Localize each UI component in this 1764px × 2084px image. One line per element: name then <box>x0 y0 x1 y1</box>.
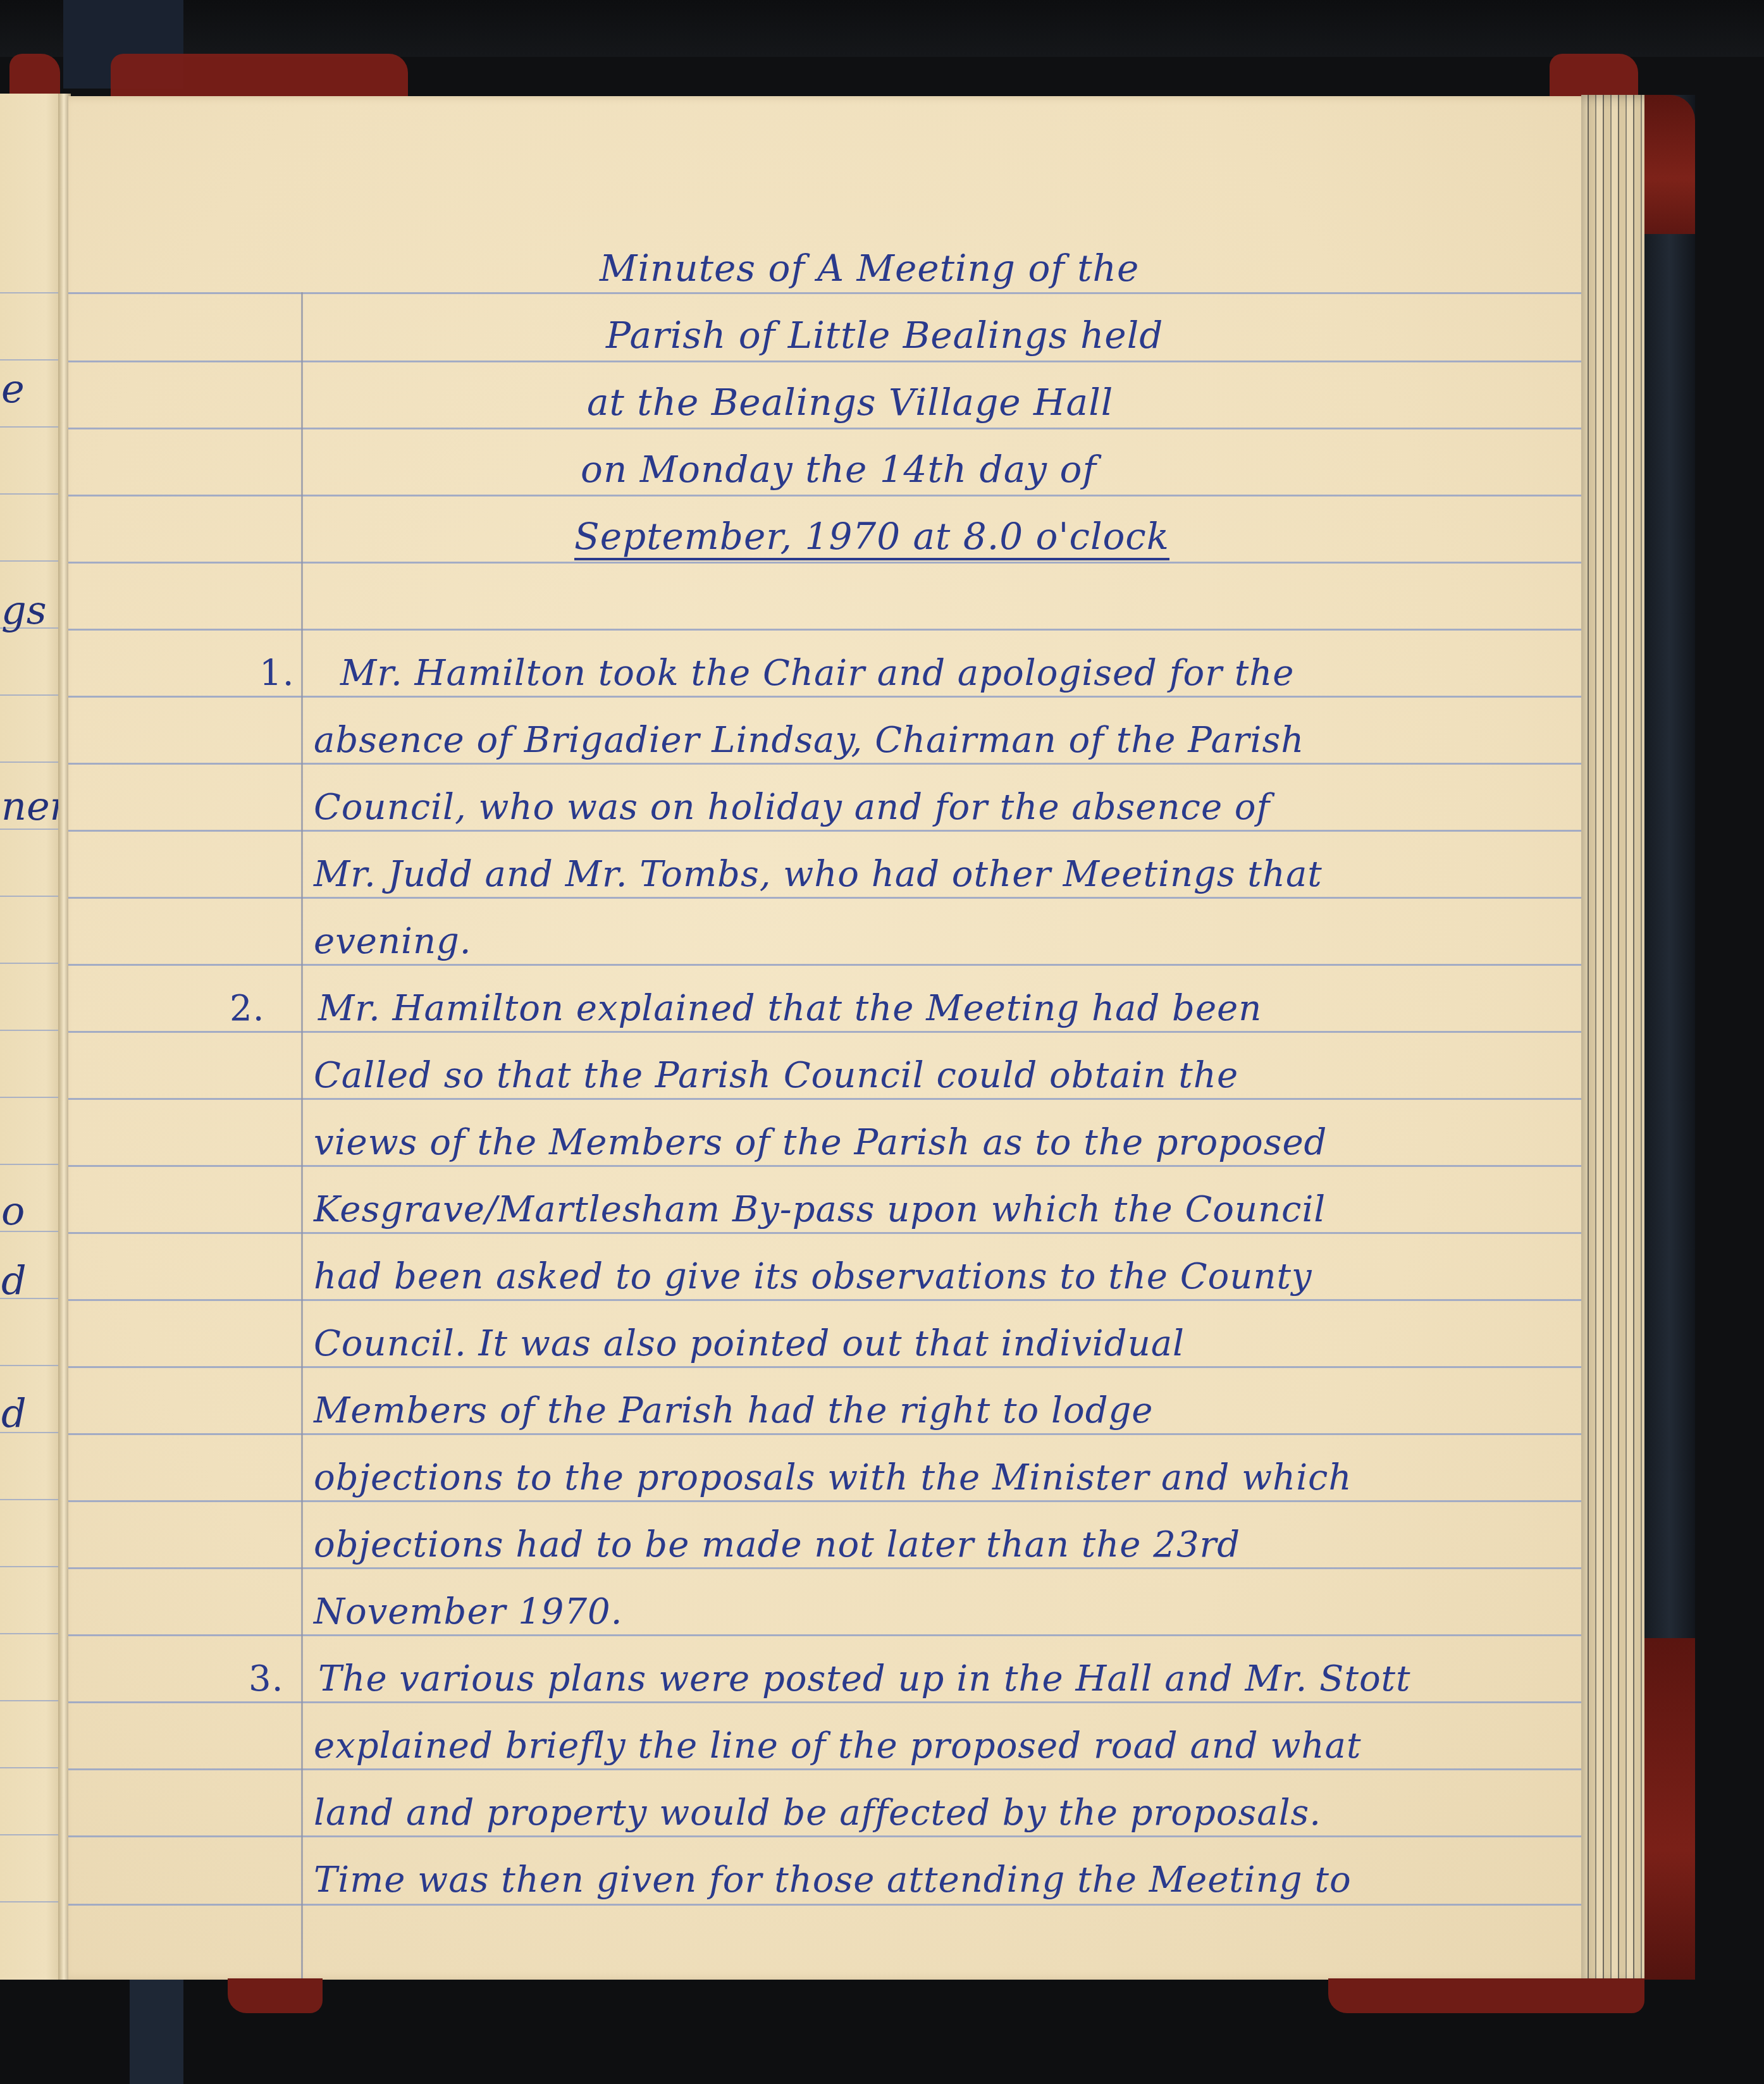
torn-leather-bottom-right <box>1328 1978 1644 2013</box>
item-line: The various plans were posted up in the … <box>318 1658 1411 1699</box>
ruled-line <box>68 1232 1586 1234</box>
item-line: Time was then given for those attending … <box>314 1859 1352 1901</box>
margin-line <box>301 292 303 1981</box>
torn-leather-bottom-left <box>228 1978 323 2013</box>
ruled-line <box>0 560 66 562</box>
ruled-line <box>0 1767 66 1768</box>
ruled-line <box>68 1701 1586 1703</box>
ruled-line <box>68 1500 1586 1502</box>
ruled-line <box>0 493 66 495</box>
ruled-line <box>0 761 66 763</box>
ruled-line <box>0 292 66 293</box>
ruled-line <box>68 1904 1586 1906</box>
ruled-line <box>68 1567 1586 1569</box>
item-line: explained briefly the line of the propos… <box>314 1725 1361 1766</box>
item-line: evening. <box>314 921 472 962</box>
facing-page-fragment: e <box>1 366 25 412</box>
ruled-line <box>0 1030 66 1031</box>
item-line: Mr. Hamilton explained that the Meeting … <box>318 988 1262 1029</box>
heading-line: on Monday the 14th day of <box>581 448 1097 491</box>
ruled-line <box>68 1299 1586 1301</box>
facing-page-fragment: nen <box>1 783 66 829</box>
item-line: views of the Members of the Parish as to… <box>314 1122 1327 1163</box>
heading-date-line: September, 1970 at 8.0 o'clock <box>574 515 1169 558</box>
heading-line: Minutes of A Meeting of the <box>600 247 1139 290</box>
leather-corner-top <box>1644 95 1695 234</box>
ruled-line <box>0 1566 66 1567</box>
item-number: 1. <box>259 653 294 694</box>
ruled-line <box>68 1433 1586 1435</box>
ruled-line <box>0 1633 66 1634</box>
item-line: Mr. Judd and Mr. Tombs, who had other Me… <box>314 854 1323 895</box>
torn-leather-top-right <box>1550 54 1638 98</box>
leather-corner-bottom <box>1644 1638 1695 1992</box>
book-cover-top <box>0 0 1764 57</box>
ruled-line <box>68 495 1586 496</box>
item-line: Council, who was on holiday and for the … <box>314 787 1270 828</box>
item-line: Council. It was also pointed out that in… <box>314 1323 1185 1364</box>
item-line: land and property would be affected by t… <box>314 1792 1321 1834</box>
bookmark-ribbon <box>130 1980 183 2084</box>
item-line: absence of Brigadier Lindsay, Chairman o… <box>314 720 1304 761</box>
ruled-line <box>0 1901 66 1902</box>
ruled-line <box>68 629 1586 631</box>
ruled-line <box>68 1366 1586 1368</box>
item-line: Members of the Parish had the right to l… <box>314 1390 1153 1431</box>
ruled-line <box>0 1834 66 1835</box>
facing-left-page: e gs nen o d d <box>0 94 66 1997</box>
book-cover-right <box>1644 95 1695 1992</box>
ruled-line <box>68 292 1586 294</box>
item-line: November 1970. <box>314 1591 622 1632</box>
torn-leather-top <box>111 54 408 98</box>
ruled-line <box>68 1165 1586 1167</box>
item-line: Mr. Hamilton took the Chair and apologis… <box>340 653 1294 694</box>
item-line: objections had to be made not later than… <box>314 1524 1240 1565</box>
ruled-line <box>0 963 66 964</box>
ruled-line <box>68 1768 1586 1770</box>
facing-page-fragment: gs <box>1 587 47 633</box>
page-edges-stack <box>1581 95 1651 1986</box>
ruled-line <box>0 426 66 428</box>
ruled-line <box>68 696 1586 698</box>
ruled-line <box>0 896 66 897</box>
ruled-line <box>68 964 1586 966</box>
item-line: Called so that the Parish Council could … <box>314 1055 1238 1096</box>
ruled-line <box>0 1499 66 1500</box>
item-line: Kesgrave/Martlesham By-pass upon which t… <box>314 1189 1326 1230</box>
ruled-line <box>68 1098 1586 1100</box>
ruled-line <box>68 1634 1586 1636</box>
facing-page-fragment: d <box>1 1257 27 1304</box>
heading-line: at the Bealings Village Hall <box>587 381 1113 424</box>
minute-book-page: Minutes of A Meeting of the Parish of Li… <box>68 96 1599 1981</box>
ruled-line <box>68 1031 1586 1033</box>
ruled-line <box>68 428 1586 429</box>
ruled-line <box>0 1097 66 1098</box>
ruled-line <box>0 1164 66 1165</box>
ruled-line <box>68 830 1586 832</box>
torn-leather-corner <box>9 54 60 98</box>
ruled-line <box>0 1365 66 1366</box>
ruled-line <box>68 562 1586 564</box>
ruled-line <box>68 763 1586 765</box>
item-line: objections to the proposals with the Min… <box>314 1457 1352 1498</box>
item-number: 2. <box>230 988 264 1029</box>
ruled-line <box>68 1835 1586 1837</box>
ruled-line <box>68 897 1586 899</box>
heading-line: Parish of Little Bealings held <box>606 314 1163 357</box>
item-line: had been asked to give its observations … <box>314 1256 1312 1297</box>
item-number: 3. <box>249 1658 283 1699</box>
facing-page-fragment: o <box>1 1188 25 1234</box>
facing-page-fragment: d <box>1 1390 27 1436</box>
ruled-line <box>0 694 66 696</box>
ruled-line <box>0 359 66 361</box>
ruled-line <box>68 361 1586 362</box>
ruled-line <box>0 1700 66 1701</box>
